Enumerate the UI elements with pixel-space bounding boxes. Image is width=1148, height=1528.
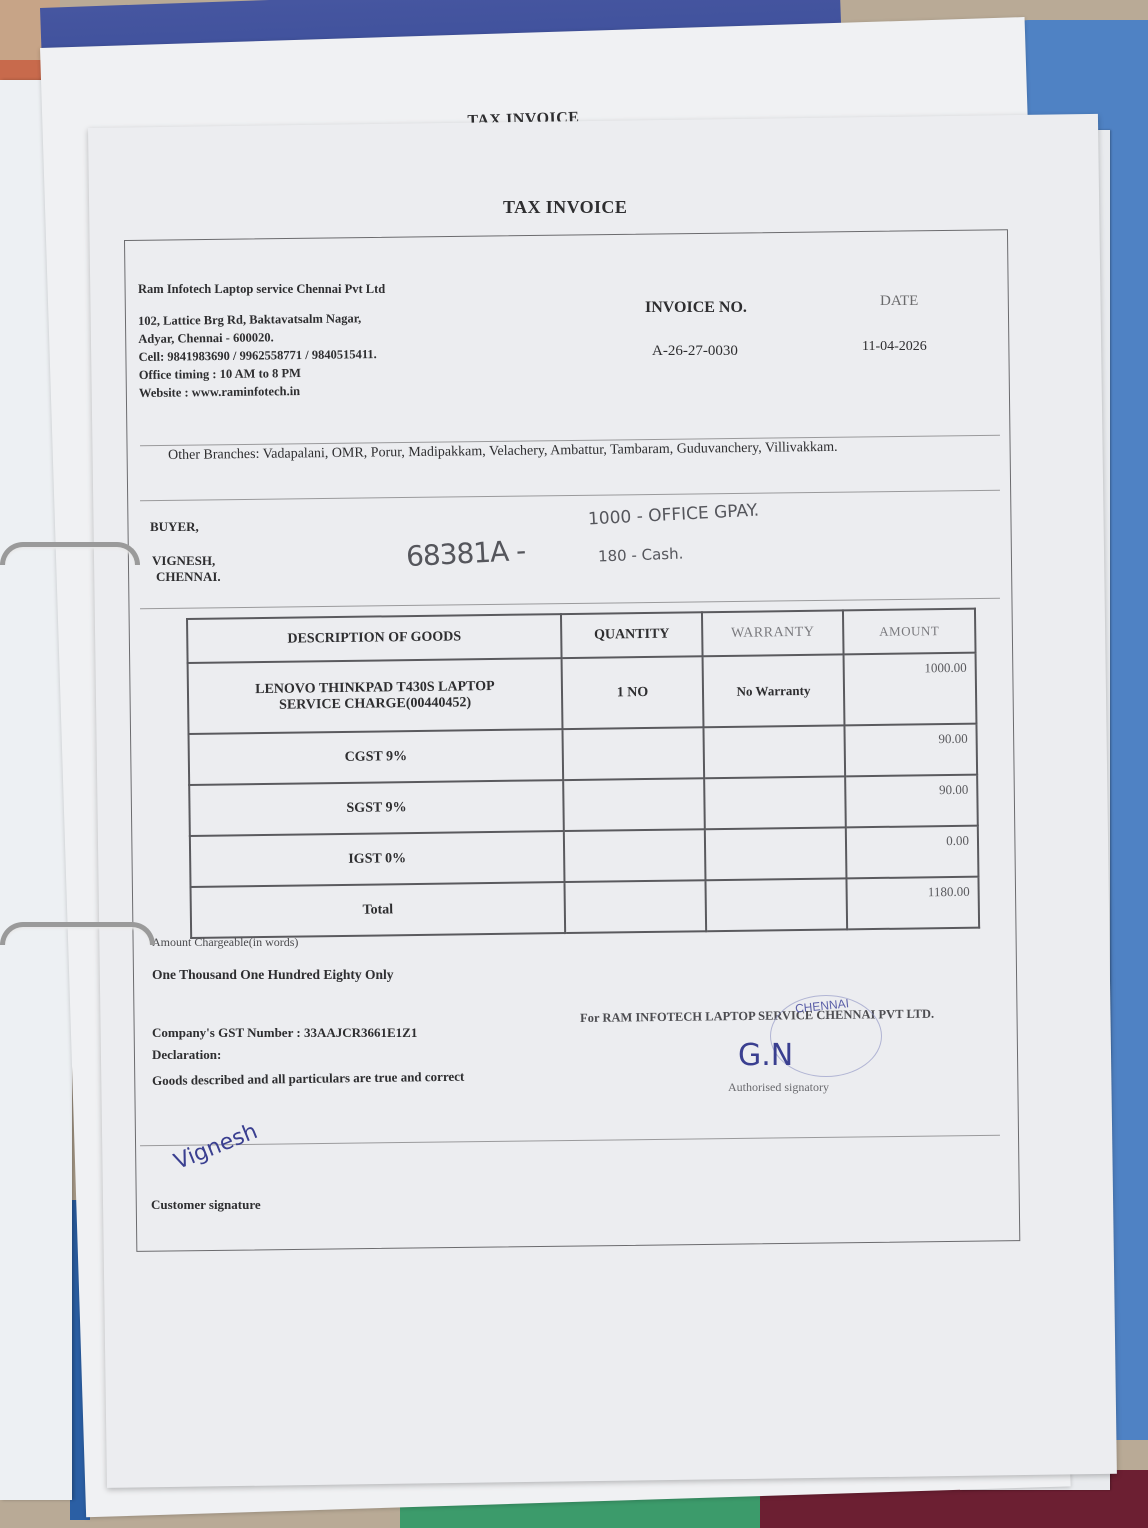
gst-number: Company's GST Number : 33AAJCR3661E1Z1 xyxy=(152,1025,417,1041)
date-value: 11-04-2026 xyxy=(862,339,927,355)
items-table: DESCRIPTION OF GOODS QUANTITY WARRANTY A… xyxy=(186,608,980,939)
header-quantity: QUANTITY xyxy=(561,612,703,658)
seller-name: Ram Infotech Laptop service Chennai Pvt … xyxy=(138,280,385,298)
item-quantity: 1 NO xyxy=(562,656,704,729)
item-description: LENOVO THINKPAD T430S LAPTOP SERVICE CHA… xyxy=(188,658,563,734)
item-description-line-2: SERVICE CHARGE(00440452) xyxy=(190,694,560,715)
authorised-signatory-label: Authorised signatory xyxy=(728,1080,829,1095)
seller-website: Website : www.raminfotech.in xyxy=(139,381,377,402)
buyer-label: BUYER, xyxy=(150,518,199,535)
handwritten-reference: 68381A - xyxy=(405,534,526,573)
table-total-row: Total 1180.00 xyxy=(191,877,980,938)
declaration-label: Declaration: xyxy=(152,1047,221,1063)
address-line-1: 102, Lattice Brg Rd, Baktavatsalm Nagar, xyxy=(138,309,376,330)
total-label: Total xyxy=(191,882,566,938)
handwritten-cash-note: 180 - Cash. xyxy=(598,545,684,566)
item-warranty: No Warranty xyxy=(703,654,845,727)
customer-signature-label: Customer signature xyxy=(151,1197,261,1213)
header-description: DESCRIPTION OF GOODS xyxy=(187,614,562,663)
invoice-title: TAX INVOICE xyxy=(503,197,627,218)
tax-amount: 90.00 xyxy=(844,724,977,777)
invoice-no-value: A-26-27-0030 xyxy=(652,343,738,360)
date-label: DATE xyxy=(880,293,918,310)
tax-label: SGST 9% xyxy=(189,780,564,836)
tax-label: CGST 9% xyxy=(189,729,564,785)
buyer-city: CHENNAI. xyxy=(152,569,221,585)
header-warranty: WARRANTY xyxy=(702,610,844,656)
item-amount: 1000.00 xyxy=(844,653,977,726)
table-row: LENOVO THINKPAD T430S LAPTOP SERVICE CHA… xyxy=(188,653,977,734)
total-amount: 1180.00 xyxy=(846,877,979,930)
authorised-signature: G.N xyxy=(738,1038,793,1073)
binder-ring-icon xyxy=(0,542,140,565)
buyer-details: VIGNESH, CHENNAI. xyxy=(152,553,221,585)
amount-words: One Thousand One Hundred Eighty Only xyxy=(152,967,393,983)
tax-amount: 0.00 xyxy=(846,826,979,879)
buyer-name: VIGNESH, xyxy=(152,553,221,569)
seller-cell: Cell: 9841983690 / 9962558771 / 98405154… xyxy=(138,345,376,366)
amount-words-label: Amount Chargeable(in words) xyxy=(152,935,298,950)
tax-amount: 90.00 xyxy=(845,775,978,828)
binder-ring-icon xyxy=(0,922,155,945)
tax-label: IGST 0% xyxy=(190,831,565,887)
invoice-no-label: INVOICE NO. xyxy=(645,299,747,317)
seller-address: 102, Lattice Brg Rd, Baktavatsalm Nagar,… xyxy=(138,309,377,402)
header-amount: AMOUNT xyxy=(843,609,976,655)
